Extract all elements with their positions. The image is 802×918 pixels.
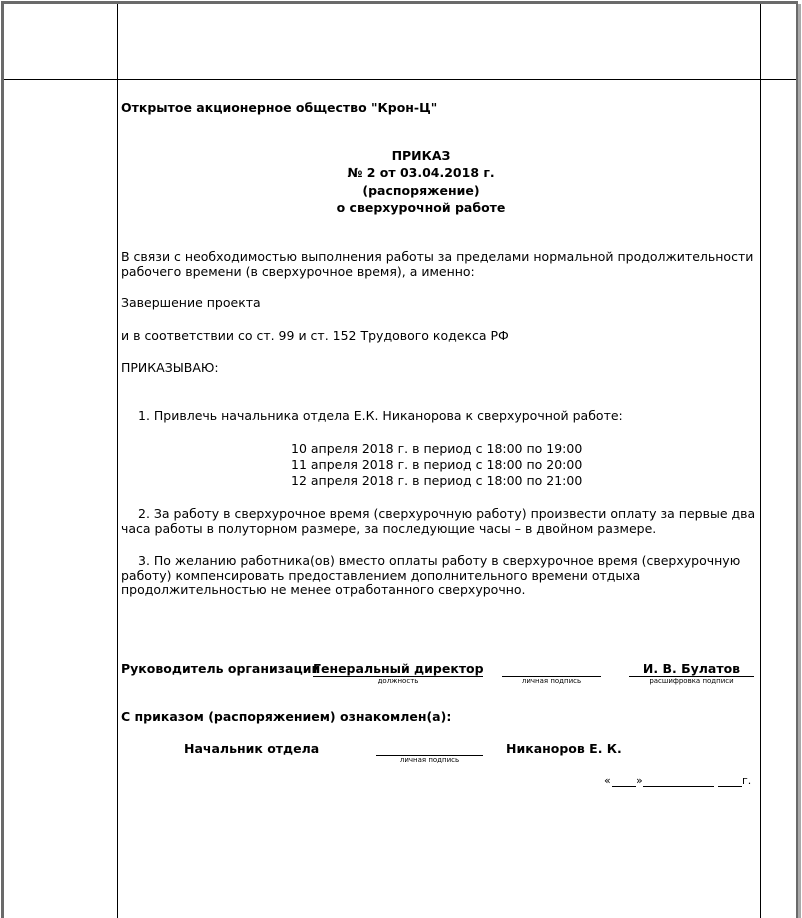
intro-line-1: В связи с необходимостью выполнения рабо…: [121, 249, 753, 264]
order-item-2-line-2: часа работы в полуторном размере, за пос…: [121, 521, 656, 536]
position-caption: должность: [313, 677, 483, 685]
order-item-2-line-1: 2. За работу в сверхурочное время (сверх…: [138, 506, 755, 521]
ack-signature-caption: личная подпись: [376, 756, 483, 764]
acknowledgement-name: Никаноров Е. К.: [506, 741, 622, 756]
intro-line-2: рабочего времени (в сверхурочное время),…: [121, 264, 475, 279]
acknowledgement-position: Начальник отдела: [184, 741, 319, 756]
date-month-blank[interactable]: [643, 786, 714, 787]
page-frame-shadow: [798, 4, 801, 918]
signature-caption: личная подпись: [502, 677, 601, 685]
date-close-quote: »: [636, 773, 643, 788]
signature-label: Руководитель организации: [121, 661, 320, 676]
date-open-quote: «: [604, 773, 611, 788]
signature-name: И. В. Булатов: [629, 661, 754, 676]
organization-name: Открытое акционерное общество "Крон-Ц": [121, 100, 437, 115]
acknowledgement-label: С приказом (распоряжением) ознакомлен(а)…: [121, 709, 451, 724]
date-year-blank[interactable]: [718, 786, 742, 787]
title-disposition: (распоряжение): [121, 183, 721, 198]
order-item-1: 1. Привлечь начальника отдела Е.К. Никан…: [138, 408, 623, 423]
title-subject: о сверхурочной работе: [121, 200, 721, 215]
left-margin-line: [117, 4, 118, 918]
right-margin-line: [760, 4, 761, 918]
order-item-3-line-1: 3. По желанию работника(ов) вместо оплат…: [138, 553, 740, 568]
order-item-3-line-2: работу) компенсировать предоставлением д…: [121, 568, 640, 583]
page-frame-top: [1, 1, 798, 4]
name-caption: расшифровка подписи: [629, 677, 754, 685]
signature-position: Генеральный директор: [313, 661, 483, 676]
schedule-line: 10 апреля 2018 г. в период с 18:00 по 19…: [291, 441, 582, 456]
date-day-blank[interactable]: [612, 786, 636, 787]
page-frame-left: [1, 1, 4, 918]
title-order: ПРИКАЗ: [121, 148, 721, 163]
reason-text: Завершение проекта: [121, 295, 261, 310]
basis-text: и в соответствии со ст. 99 и ст. 152 Тру…: [121, 328, 509, 343]
schedule-line: 12 апреля 2018 г. в период с 18:00 по 21…: [291, 473, 582, 488]
header-margin-line: [4, 79, 796, 80]
title-number-date: № 2 от 03.04.2018 г.: [121, 165, 721, 180]
order-item-3-line-3: продолжительностью не менее отработанног…: [121, 582, 526, 597]
schedule-line: 11 апреля 2018 г. в период с 18:00 по 20…: [291, 457, 582, 472]
date-year-suffix: г.: [742, 773, 751, 788]
order-word: ПРИКАЗЫВАЮ:: [121, 360, 219, 375]
